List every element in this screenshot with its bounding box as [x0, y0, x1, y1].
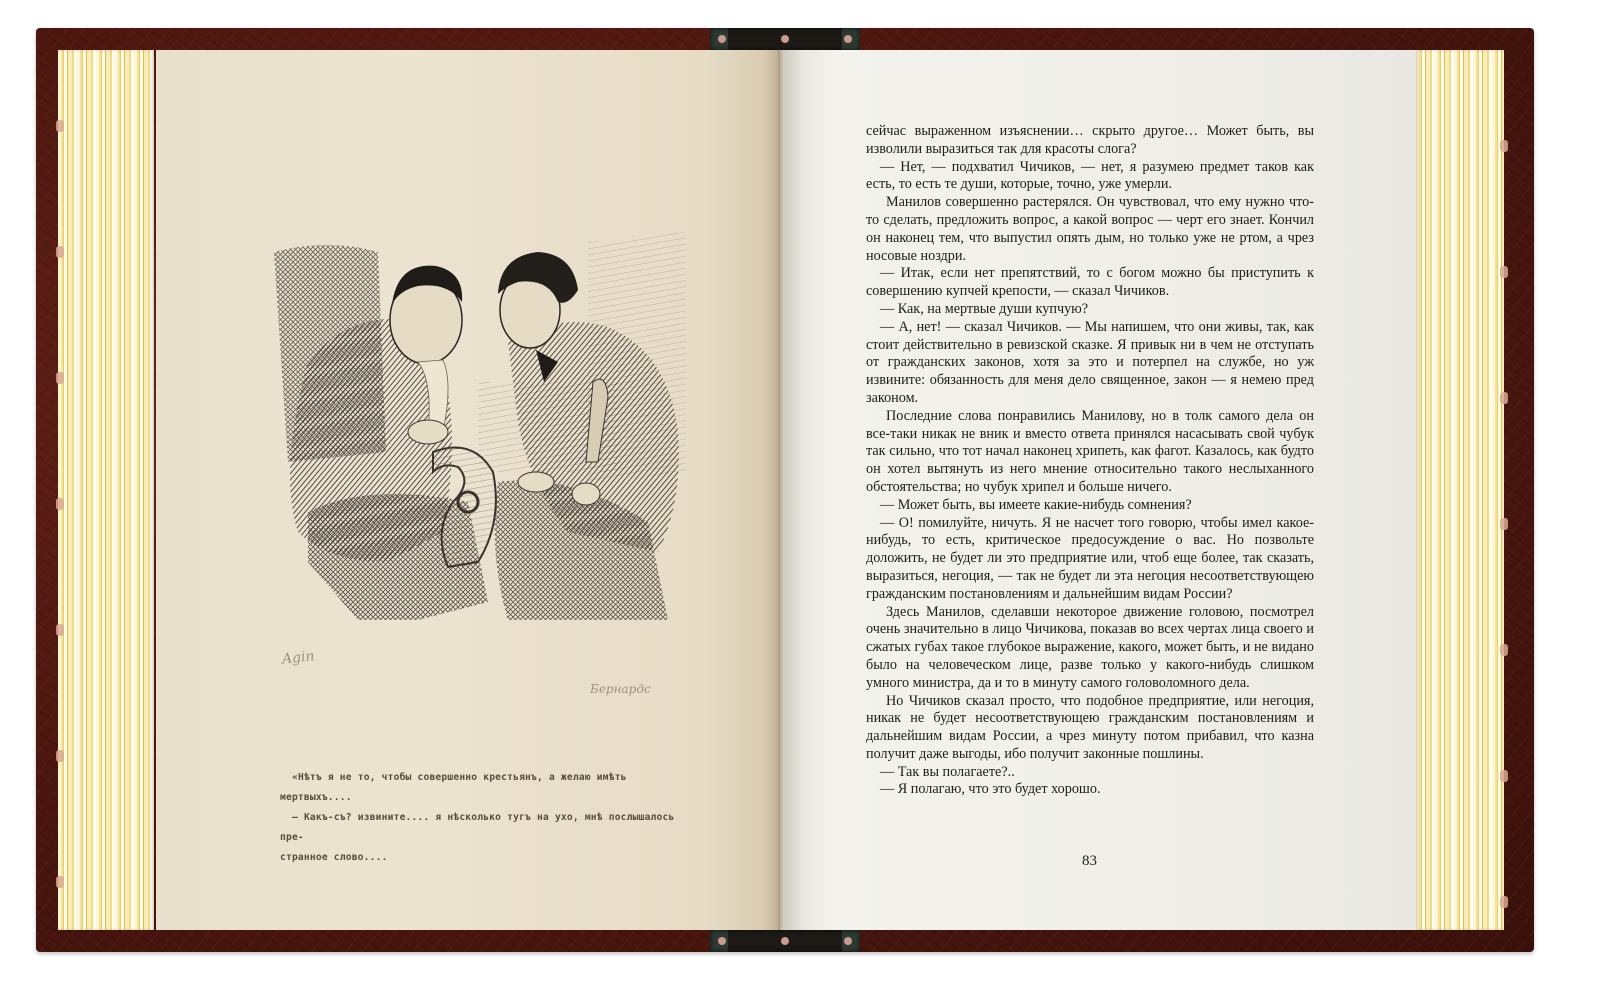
ornament-icon	[844, 35, 852, 43]
ornament-icon	[718, 937, 726, 945]
paragraph: Здесь Манилов, сделавши некоторое движен…	[866, 604, 1314, 693]
caption-line: странное слово....	[280, 848, 690, 868]
paragraph: Но Чичиков сказал просто, что подобное п…	[866, 693, 1314, 764]
spine-headband-top	[710, 28, 860, 50]
paragraph-dialog: — Нет, — подхватил Чичиков, — нет, я раз…	[866, 159, 1314, 195]
spine-headband-bottom	[710, 930, 860, 952]
ornament-icon	[781, 35, 789, 43]
gilt-page-edges-right	[1416, 50, 1504, 930]
page-body-text: сейчас выраженном изъяснении… скрыто дру…	[866, 123, 1314, 799]
paragraph-dialog: — А, нет! — сказал Чичиков. — Мы напишем…	[866, 319, 1314, 408]
page-edge-marks-right	[1500, 50, 1510, 930]
paragraph-dialog: — Я полагаю, что это будет хорошо.	[866, 781, 1314, 799]
paragraph-dialog: — Так вы полагаете?..	[866, 764, 1314, 782]
ornament-icon	[844, 937, 852, 945]
caption-line: «Нѣтъ я не то, чтобы совершенно крестьян…	[280, 768, 690, 808]
paragraph-dialog: — Итак, если нет препятствий, то с богом…	[866, 265, 1314, 301]
paragraph: Последние слова понравились Манилову, но…	[866, 408, 1314, 497]
caption-line: — Какъ-съ? извините.... я нѣсколько тугъ…	[280, 808, 690, 848]
engraver-signature-right: Бернардс	[590, 682, 651, 696]
ornament-icon	[781, 937, 789, 945]
gilt-page-edges-left	[58, 50, 154, 930]
page-number: 83	[1082, 853, 1097, 870]
two-men-conversation-illustration	[268, 232, 686, 620]
engraving-illustration	[268, 232, 686, 620]
illustration-caption: «Нѣтъ я не то, чтобы совершенно крестьян…	[280, 768, 690, 868]
page-edge-marks-left	[56, 50, 66, 930]
ornament-icon	[718, 35, 726, 43]
paragraph-dialog: — Как, на мертвые души купчую?	[866, 301, 1314, 319]
paragraph: Манилов совершенно растерялся. Он чувств…	[866, 194, 1314, 265]
artist-signature-left: Agin	[281, 648, 315, 667]
paragraph: сейчас выраженном изъяснении… скрыто дру…	[866, 123, 1314, 159]
paragraph-dialog: — О! помилуйте, ничуть. Я не насчет того…	[866, 515, 1314, 604]
paragraph-dialog: — Может быть, вы имеете какие-нибудь сом…	[866, 497, 1314, 515]
